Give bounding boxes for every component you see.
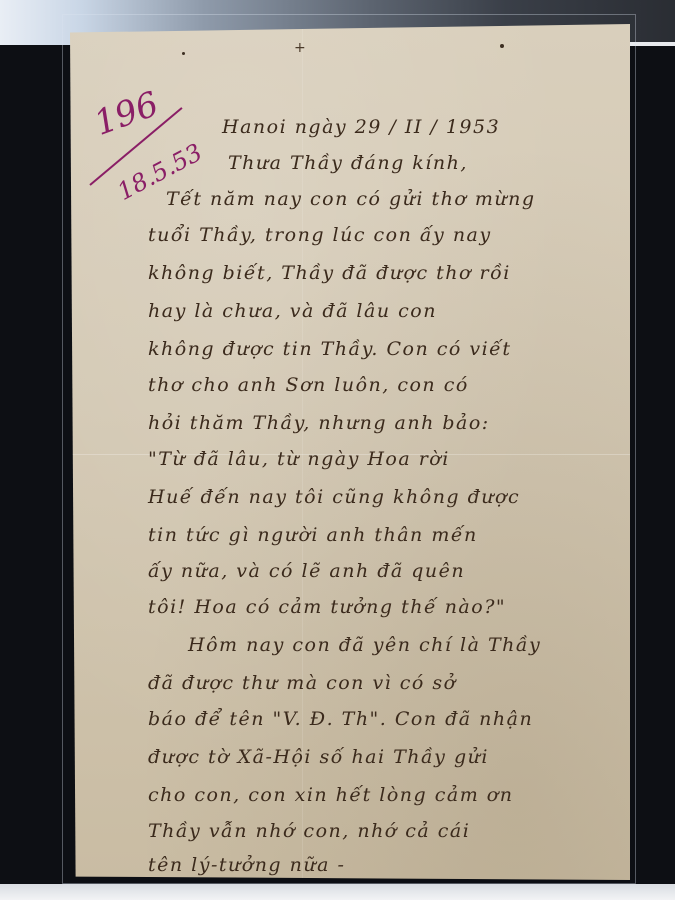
backdrop-bottom [0,884,675,900]
letter-line: báo để tên "V. Đ. Th". Con đã nhận [148,708,533,730]
letter-dateline: Hanoi ngày 29 / II / 1953 [222,116,500,138]
letter-line: không được tin Thầy. Con có viết [148,338,512,360]
letter-line: Tết năm nay con có gửi thơ mừng [166,188,536,210]
paper-speck [500,44,504,48]
letter-line: tin tức gì người anh thân mến [148,524,478,546]
letter-line: Huế đến nay tôi cũng không được [148,486,520,508]
archive-number: 196 [89,84,164,144]
paper-speck [182,52,185,55]
letter-line: Thầy vẫn nhớ con, nhớ cả cái [148,820,470,842]
letter-line: hỏi thăm Thầy, nhưng anh bảo: [148,412,490,434]
letter-line: Hôm nay con đã yên chí là Thầy [188,634,541,656]
letter-line: tuổi Thầy, trong lúc con ấy nay [148,224,492,246]
letter-line: thơ cho anh Sơn luôn, con có [148,374,469,396]
letter-line: tôi! Hoa có cảm tưởng thế nào?" [148,596,506,618]
letter-line: cho con, con xin hết lòng cảm ơn [148,784,513,806]
top-cross-mark: + [294,40,306,56]
letter-line: tên lý-tưởng nữa - [148,854,345,876]
letter-line: không biết, Thầy đã được thơ rồi [148,262,511,284]
letter-paper: + 196 18.5.53 Hanoi ngày 29 / II / 1953 … [70,24,630,880]
letter-line: đã được thư mà con vì có sở [148,672,457,694]
letter-line: được tờ Xã-Hội số hai Thầy gửi [148,746,489,768]
letter-line: ấy nữa, và có lẽ anh đã quên [148,560,465,582]
letter-salutation: Thưa Thầy đáng kính, [228,152,468,174]
letter-line: "Từ đã lâu, từ ngày Hoa rời [148,448,450,470]
letter-line: hay là chưa, và đã lâu con [148,300,437,322]
